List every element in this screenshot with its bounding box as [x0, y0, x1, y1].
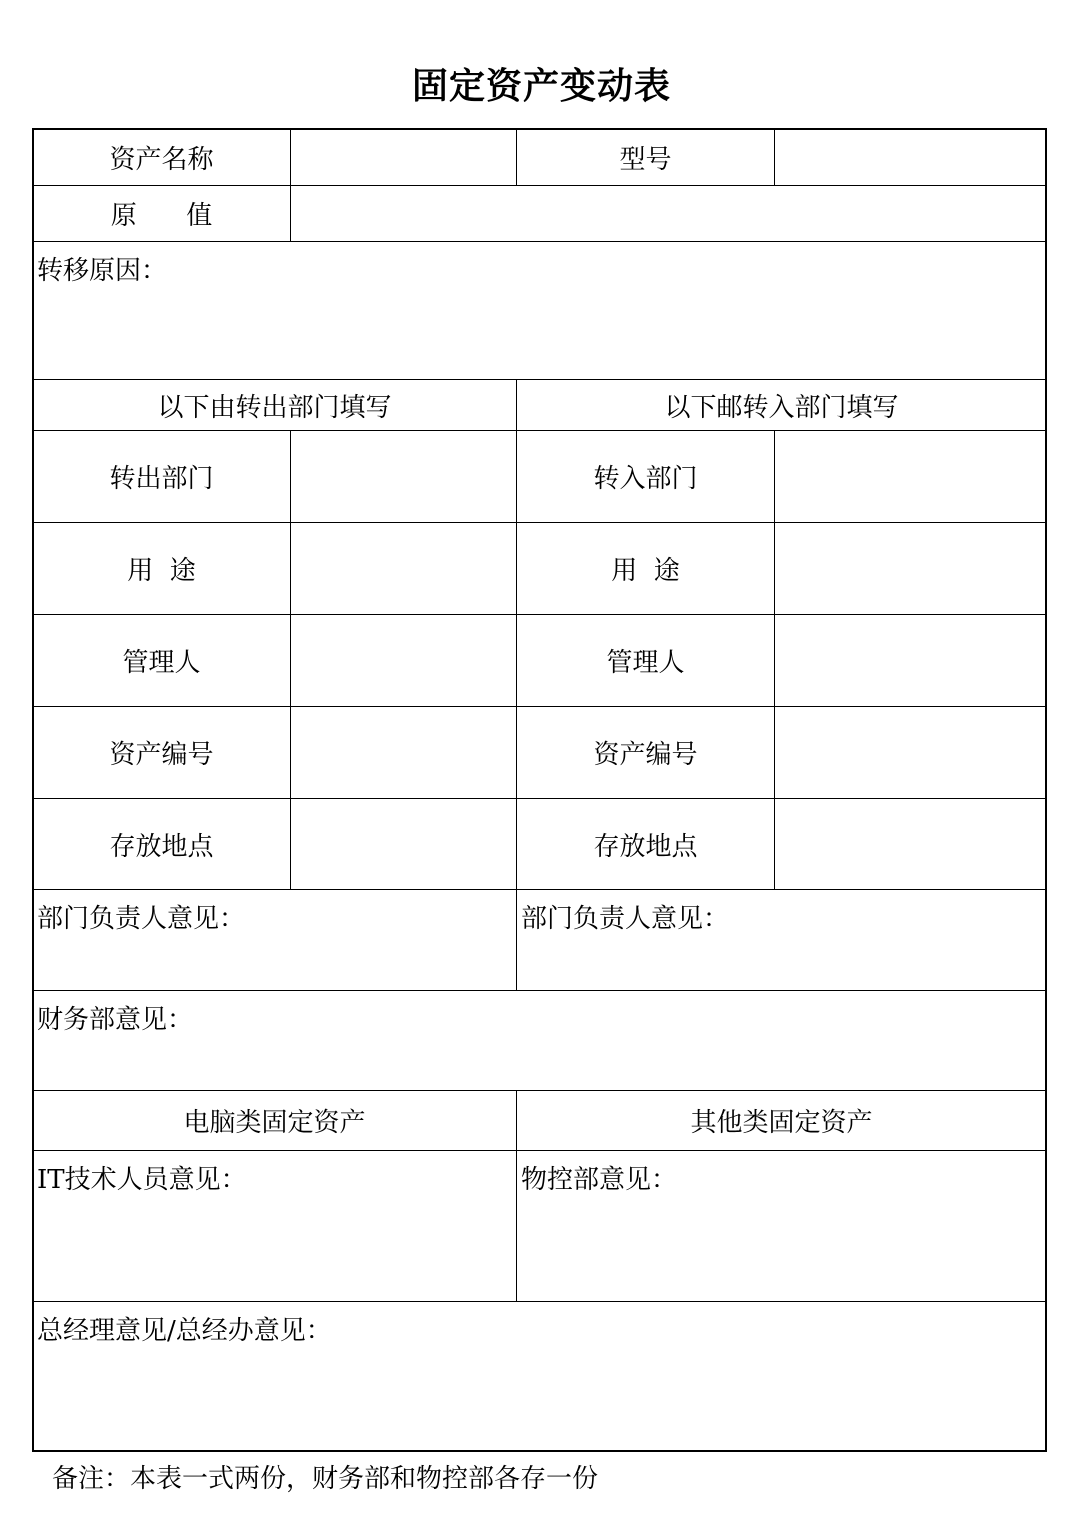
transfer-reason-label: 转移原因： — [37, 250, 167, 287]
other-assets-header: 其他类固定资产 — [516, 1090, 1047, 1151]
in-location-field[interactable] — [774, 798, 1047, 890]
in-dept-label: 转入部门 — [516, 430, 775, 523]
out-dept-label: 转出部门 — [32, 430, 291, 523]
asset-name-label: 资产名称 — [32, 128, 291, 186]
out-manager-label: 管理人 — [32, 614, 291, 707]
in-usage-label: 用 途 — [516, 522, 775, 615]
out-section-header: 以下由转出部门填写 — [32, 379, 517, 431]
in-manager-field[interactable] — [774, 614, 1047, 707]
in-asset-number-label: 资产编号 — [516, 706, 775, 799]
in-usage-field[interactable] — [774, 522, 1047, 615]
gm-opinion-field[interactable]: 总经理意见/总经办意见： — [32, 1301, 1047, 1452]
in-location-label: 存放地点 — [516, 798, 775, 890]
page-title: 固定资产变动表 — [0, 58, 1083, 109]
it-opinion-label: IT技术人员意见： — [37, 1159, 247, 1196]
out-asset-number-field[interactable] — [290, 706, 517, 799]
out-dept-head-opinion-label: 部门负责人意见： — [37, 898, 245, 935]
out-usage-field[interactable] — [290, 522, 517, 615]
in-dept-head-opinion-label: 部门负责人意见： — [521, 898, 729, 935]
finance-opinion-field[interactable]: 财务部意见： — [32, 990, 1047, 1091]
it-opinion-field[interactable]: IT技术人员意见： — [32, 1150, 517, 1302]
original-value-label: 原 值 — [32, 185, 291, 242]
out-usage-label: 用 途 — [32, 522, 291, 615]
gm-opinion-label: 总经理意见/总经办意见： — [37, 1310, 332, 1347]
out-location-field[interactable] — [290, 798, 517, 890]
original-value-field[interactable] — [290, 185, 1047, 242]
asset-name-field[interactable] — [290, 128, 517, 186]
out-dept-field[interactable] — [290, 430, 517, 523]
footnote: 备注：本表一式两份，财务部和物控部各存一份 — [52, 1458, 598, 1495]
transfer-reason-field[interactable]: 转移原因： — [32, 241, 1047, 380]
model-label: 型号 — [516, 128, 775, 186]
finance-opinion-label: 财务部意见： — [37, 999, 193, 1036]
in-section-header: 以下邮转入部门填写 — [516, 379, 1047, 431]
material-control-opinion-label: 物控部意见： — [521, 1159, 677, 1196]
model-field[interactable] — [774, 128, 1047, 186]
out-asset-number-label: 资产编号 — [32, 706, 291, 799]
in-dept-head-opinion-field[interactable]: 部门负责人意见： — [516, 889, 1047, 991]
out-manager-field[interactable] — [290, 614, 517, 707]
in-asset-number-field[interactable] — [774, 706, 1047, 799]
in-manager-label: 管理人 — [516, 614, 775, 707]
material-control-opinion-field[interactable]: 物控部意见： — [516, 1150, 1047, 1302]
in-dept-field[interactable] — [774, 430, 1047, 523]
computer-assets-header: 电脑类固定资产 — [32, 1090, 517, 1151]
out-dept-head-opinion-field[interactable]: 部门负责人意见： — [32, 889, 517, 991]
out-location-label: 存放地点 — [32, 798, 291, 890]
